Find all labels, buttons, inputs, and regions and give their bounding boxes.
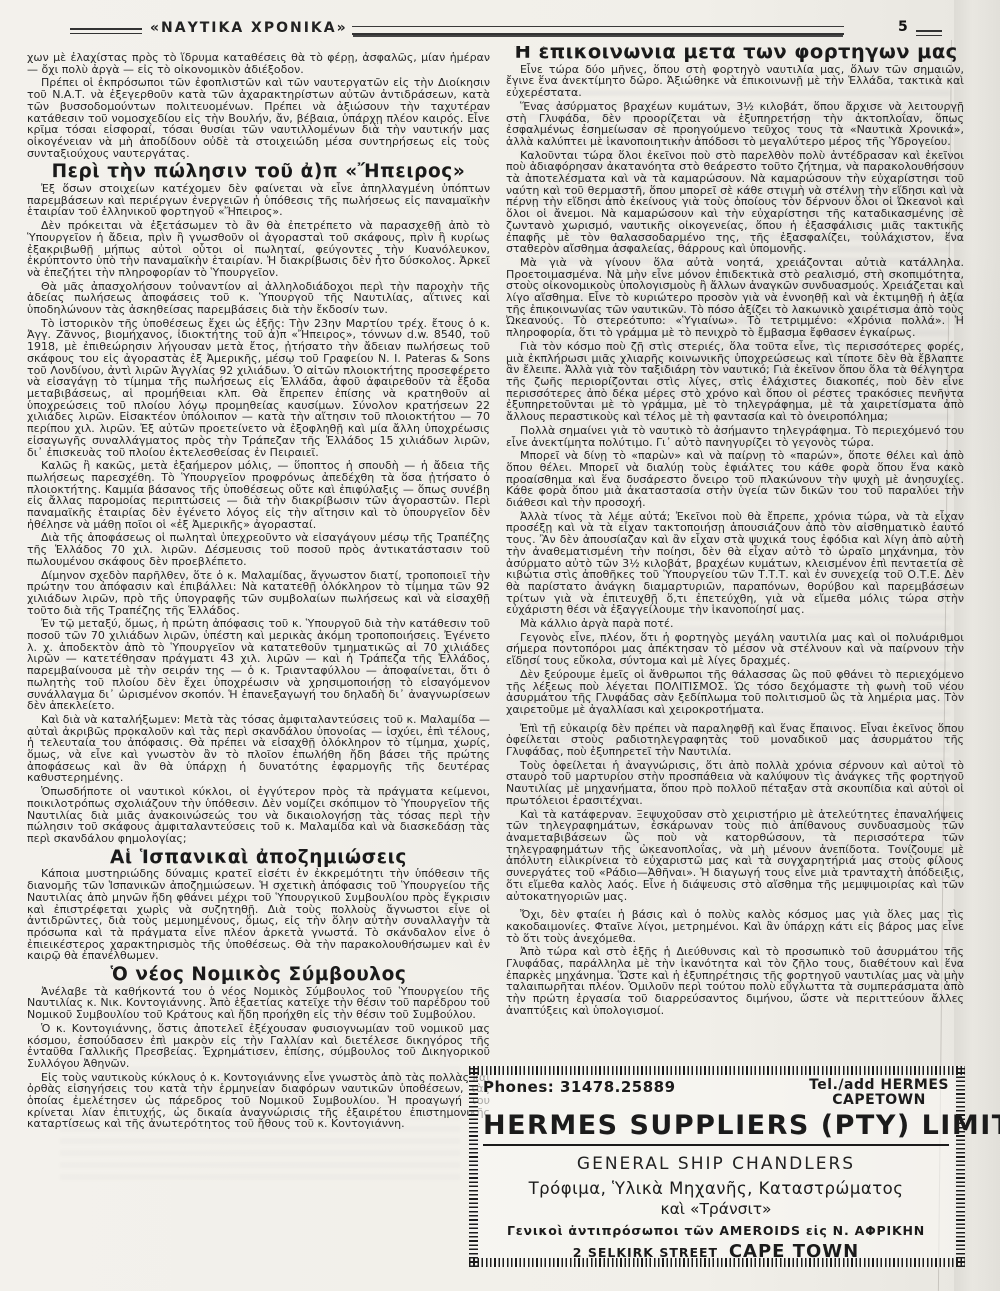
masthead: «ΝΑΥΤΙΚΑ ΧΡΟΝΙΚΑ» 5 bbox=[0, 20, 1000, 46]
paragraph: Ἐπὶ τῇ εὐκαιρίᾳ δὲν πρέπει νὰ παραληφθῇ … bbox=[506, 723, 964, 758]
masthead-rule-left bbox=[70, 28, 142, 34]
advert-border-right bbox=[956, 1066, 965, 1267]
right-column: Ἡ ἐπικοινωνία μετὰ τῶν φορτηγῶν μας Εἶνε… bbox=[506, 46, 964, 1062]
section-headline-spanish-indemnities: Αἱ Ἱσπανικαὶ ἀποζημιώσεις bbox=[27, 852, 490, 864]
paragraph: Ἐν τῷ μεταξύ, ὅμως, ἡ πρώτη ἀπόφασις τοῦ… bbox=[27, 618, 490, 712]
paragraph: Καλοῦνται τώρα ὅλοι ἐκεῖνοι ποὺ στὸ παρε… bbox=[506, 150, 964, 255]
advert-address-street: 2 SELKIRK STREET bbox=[573, 1245, 718, 1260]
masthead-rule-right bbox=[916, 30, 942, 36]
paragraph: Πολλὰ σημαίνει γιὰ τὸ ναυτικὸ τὸ ἀσήμαντ… bbox=[506, 425, 964, 448]
paragraph: Γεγονὸς εἶνε, πλέον, ὅτι ἡ φορτηγὸς μεγά… bbox=[506, 632, 964, 667]
advert-contact-row: Phones: 31478.25889 Tel./add HERMES CAPE… bbox=[483, 1078, 949, 1108]
paragraph: Κάποια μυστηριώδης δύναμις κρατεῖ εἰσέτι… bbox=[27, 868, 490, 962]
paragraph: Μὰ κάλλιο ἀργὰ παρὰ ποτέ. bbox=[506, 618, 964, 630]
paragraph: Μὰ γιὰ νὰ γίνουν ὅλα αὐτὰ νοητά, χρειάζο… bbox=[506, 257, 964, 339]
advert-address: 2 SELKIRK STREET CAPE TOWN bbox=[483, 1241, 949, 1262]
hermes-suppliers-advert: Phones: 31478.25889 Tel./add HERMES CAPE… bbox=[469, 1066, 965, 1267]
paragraph: Καλῶς ἢ κακῶς, μετὰ ἑξαήμερον μόλις, — ὕ… bbox=[27, 460, 490, 530]
paragraph: Ἀλλὰ τίνος τὰ λέμε αὐτά; Ἐκεῖνοι ποὺ θὰ … bbox=[506, 511, 964, 616]
section-headline-legal-counsel: Ὁ νέος Νομικὸς Σύμβουλος bbox=[27, 969, 490, 981]
advert-telegraph-address: Tel./add HERMES CAPETOWN bbox=[809, 1078, 949, 1108]
advert-products-line2: καὶ «Τράνσιτ» bbox=[483, 1200, 949, 1218]
advert-content: Phones: 31478.25889 Tel./add HERMES CAPE… bbox=[483, 1078, 949, 1262]
paragraph: Μπορεῖ νὰ δίνῃ τὸ «παρὼν» καὶ νὰ παίρνῃ … bbox=[506, 450, 964, 509]
paragraph: Τὸ ἱστορικὸν τῆς ὑποθέσεως ἔχει ὡς ἑξῆς:… bbox=[27, 318, 490, 458]
masthead-title: «ΝΑΥΤΙΚΑ ΧΡΟΝΙΚΑ» bbox=[150, 20, 348, 36]
section-headline-communication: Ἡ ἐπικοινωνία μετὰ τῶν φορτηγῶν μας bbox=[506, 46, 964, 58]
advert-telegraph-line1: Tel./add HERMES bbox=[809, 1077, 949, 1093]
advert-phones: Phones: 31478.25889 bbox=[483, 1078, 676, 1096]
paragraph: Ἕνας ἀσύρματος βραχέων κυμάτων, 3½ κιλοβ… bbox=[506, 101, 964, 148]
paragraph: Ἀπὸ τώρα καὶ στὸ ἑξῆς ἡ Διεύθυνσις καὶ τ… bbox=[506, 946, 964, 1016]
paragraph: Δὲν πρόκειται νὰ ἐξετάσωμεν τὸ ἂν θὰ ἐπε… bbox=[27, 220, 490, 279]
left-column: χων μὲ ἐλαχίστας πρὸς τὸ ἵδρυμα καταθέσε… bbox=[27, 52, 490, 1252]
paragraph: χων μὲ ἐλαχίστας πρὸς τὸ ἵδρυμα καταθέσε… bbox=[27, 52, 490, 75]
page-number: 5 bbox=[898, 19, 908, 35]
advert-company-name: HERMES SUPPLIERS (PTY) LIMITED bbox=[483, 1110, 949, 1146]
paragraph: Τοὺς ὀφείλεται ἡ ἀναγνώρισις, ὅτι ἀπὸ πο… bbox=[506, 760, 964, 807]
advert-subtitle: GENERAL SHIP CHANDLERS bbox=[483, 1154, 949, 1174]
advert-address-city: CAPE TOWN bbox=[729, 1241, 859, 1262]
paragraph: Ὁπωσδήποτε οἱ ναυτικοὶ κύκλοι, οἱ ἐγγύτε… bbox=[27, 786, 490, 845]
paragraph: Καὶ διὰ νὰ καταλήξωμεν: Μετὰ τὰς τόσας ἀ… bbox=[27, 714, 490, 784]
section-headline-ipiros: Περὶ τὴν πώλησιν τοῦ ἀ)π «Ἤπειρος» bbox=[27, 166, 490, 178]
paragraph: Εἶνε τώρα δύο μῆνες, ὅπου στὴ φορτηγὸ να… bbox=[506, 64, 964, 99]
paragraph: Ἀνέλαβε τὰ καθήκοντά του ὁ νέος Νομικὸς … bbox=[27, 986, 490, 1021]
advert-border-top bbox=[469, 1066, 965, 1075]
paragraph: Διὰ τῆς ἀποφάσεως οἱ πωληταὶ ὑπεχρεοῦντο… bbox=[27, 532, 490, 567]
paragraph: Δίμηνον σχεδὸν παρῆλθεν, ὅτε ὁ κ. Μαλαμί… bbox=[27, 570, 490, 617]
advert-border-left bbox=[469, 1066, 478, 1267]
masthead-rule-center bbox=[352, 26, 844, 35]
paragraph: Γιὰ τὸν κόσμο ποὺ ζῇ στὶς στεριές, ὅλα τ… bbox=[506, 341, 964, 423]
scanned-newspaper-page: { "page": { "masthead": "«ΝΑΥΤΙΚΑ ΧΡΟΝΙΚ… bbox=[0, 0, 1000, 1291]
advert-products-line1: Τρόφιμα, Ὑλικὰ Μηχανῆς, Καταστρώματος bbox=[483, 1179, 949, 1198]
paragraph: Καὶ τὰ κατάφερναν. Ξεψυχοῦσαν στὸ χειρισ… bbox=[506, 809, 964, 903]
advert-telegraph-line2: CAPETOWN bbox=[832, 1092, 926, 1108]
paragraph: Ὄχι, δὲν φταίει ἡ βάσις καὶ ὁ πολὺς καλὸ… bbox=[506, 909, 964, 944]
paragraph: Δὲν ξεύρουμε ἐμεῖς οἱ ἄνθρωποι τῆς θάλασ… bbox=[506, 669, 964, 716]
paragraph: Θὰ μᾶς ἀπασχολήσουν τοὐναντίον αἱ ἀλληλο… bbox=[27, 281, 490, 316]
paragraph: Ὁ κ. Κοντογιάννης, ὅστις ἀποτελεῖ ἐξέχου… bbox=[27, 1023, 490, 1070]
advert-agents: Γενικοὶ ἀντιπρόσωποι τῶν AMEROIDS εἰς Ν.… bbox=[483, 1223, 949, 1238]
paragraph: Εἰς τοὺς ναυτικοὺς κύκλους ὁ κ. Κοντογιά… bbox=[27, 1072, 490, 1131]
paragraph: Πρέπει οἱ ἐκπρόσωποι τῶν ἐφοπλιστῶν καὶ … bbox=[27, 77, 490, 159]
paragraph: Ἐξ ὅσων στοιχείων κατέχομεν δὲν φαίνεται… bbox=[27, 183, 490, 218]
